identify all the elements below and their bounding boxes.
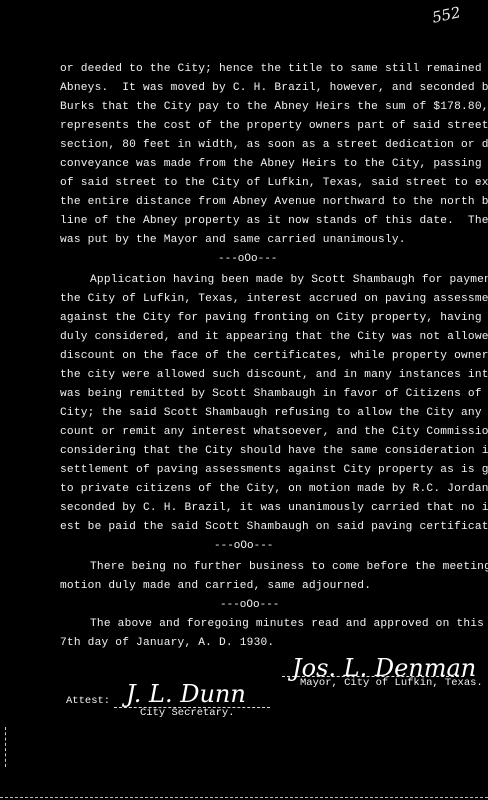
secretary-caption: City Secretary. — [140, 707, 235, 719]
text-line: was put by the Mayor and same carried un… — [60, 234, 406, 247]
scan-bottom-edge — [0, 797, 488, 798]
page-number: 552 — [430, 3, 462, 27]
text-line: to private citizens of the City, on moti… — [60, 483, 488, 496]
text-line: the City of Lufkin, Texas, interest accr… — [60, 293, 488, 306]
text-line: was being remitted by Scott Shambaugh in… — [60, 388, 488, 401]
text-line: duly considered, and it appearing that t… — [60, 331, 488, 344]
mayor-caption: Mayor, City of Lufkin, Texas. — [300, 677, 483, 689]
text-line: There being no further business to come … — [90, 561, 488, 574]
section-divider: ---oOo--- — [220, 599, 279, 611]
scan-edge-mark — [5, 727, 7, 767]
attest-label: Attest: — [66, 695, 110, 707]
text-line: represents the cost of the property owne… — [60, 120, 488, 133]
text-line: considering that the City should have th… — [60, 445, 488, 458]
section-divider: ---oOo--- — [218, 253, 277, 265]
text-line: count or remit any interest whatsoever, … — [60, 426, 488, 439]
text-line: the city were allowed such discount, and… — [60, 369, 488, 382]
text-line: discount on the face of the certificates… — [60, 350, 488, 363]
text-line: line of the Abney property as it now sta… — [60, 215, 488, 228]
text-line: 7th day of January, A. D. 1930. — [60, 637, 274, 650]
text-line: the entire distance from Abney Avenue no… — [60, 196, 488, 209]
text-line: seconded by C. H. Brazil, it was unanimo… — [60, 502, 488, 515]
text-line: conveyance was made from the Abney Heirs… — [60, 158, 488, 171]
text-line: against the City for paving fronting on … — [60, 312, 488, 325]
text-line: Abneys. It was moved by C. H. Brazil, ho… — [60, 82, 488, 95]
text-line: est be paid the said Scott Shambaugh on … — [60, 521, 488, 534]
text-line: Application having been made by Scott Sh… — [90, 274, 488, 287]
section-divider: ---oOo--- — [214, 540, 273, 552]
text-line: The above and foregoing minutes read and… — [90, 618, 488, 631]
text-line: Burks that the City pay to the Abney Hei… — [60, 101, 488, 114]
text-line: section, 80 feet in width, as soon as a … — [60, 139, 488, 152]
text-line: City; the said Scott Shambaugh refusing … — [60, 407, 488, 420]
text-line: of said street to the City of Lufkin, Te… — [60, 177, 488, 190]
text-line: motion duly made and carried, same adjou… — [60, 580, 371, 593]
text-line: settlement of paving assessments against… — [60, 464, 488, 477]
secretary-signature: J. L. Dunn — [126, 680, 246, 708]
text-line: or deeded to the City; hence the title t… — [60, 63, 488, 76]
